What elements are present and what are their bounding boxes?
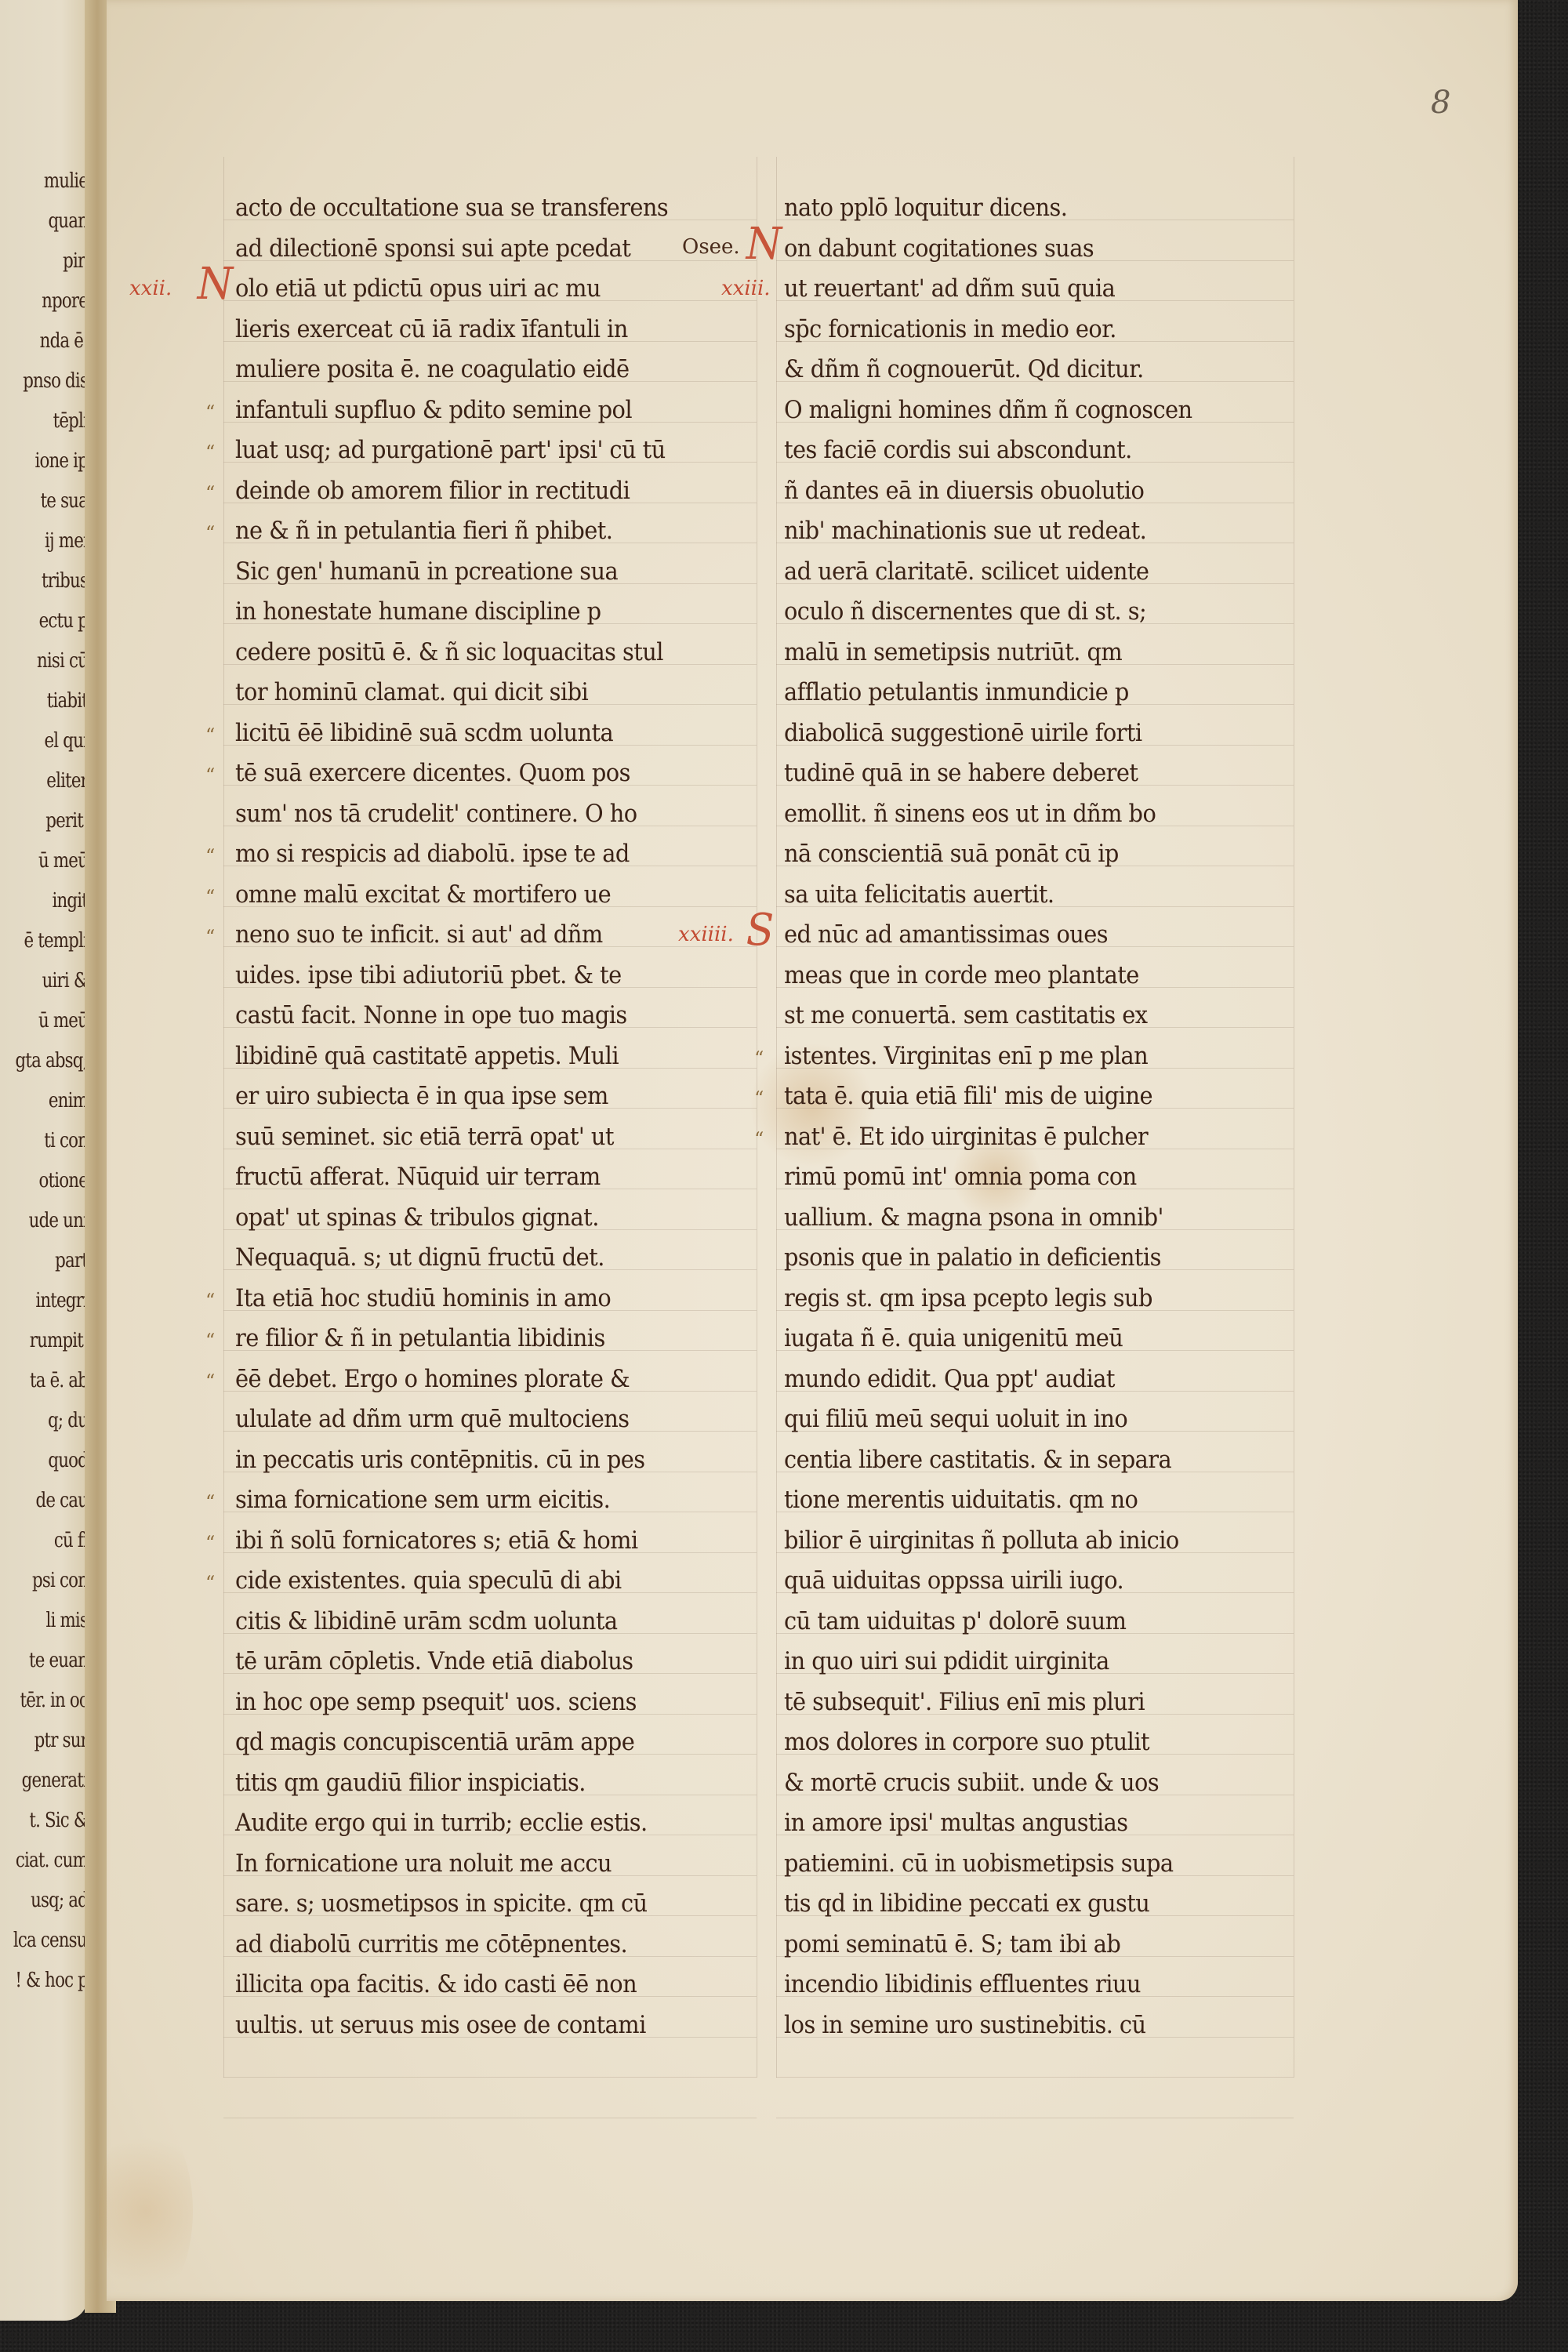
- folio-number: 8: [1431, 85, 1450, 121]
- source-annotation: Osee.: [682, 235, 740, 259]
- text-line: afflatio petulantis inmundicie p: [784, 673, 1258, 713]
- verso-text-fragment: te euan: [13, 1650, 88, 1671]
- line-text: neno suo te inficit. si aut' ad dñm: [235, 920, 603, 949]
- line-text: ululate ad dñm urm quē multociens: [235, 1405, 629, 1433]
- marginal-quote-mark: “: [205, 401, 215, 423]
- line-text: citis & libidinē urām scdm uolunta: [235, 1607, 618, 1635]
- text-line: Nolo etiā ut pdictū opus uiri ac mu: [235, 269, 710, 310]
- text-line: nā conscientiā suā ponāt cū ip: [784, 834, 1258, 875]
- verso-text-fragment: ingit: [13, 891, 88, 911]
- line-text: mundo edidit. Qua ppt' audiat: [784, 1365, 1115, 1393]
- marginal-quote-mark: “: [754, 1128, 764, 1150]
- text-line: cide existentes. quia speculū di abi: [235, 1561, 710, 1602]
- line-text: malū in semetipsis nutriūt. qm: [784, 638, 1122, 666]
- verso-text-fragment: ciat. cum: [13, 1850, 88, 1871]
- line-text: patiemini. cū in uobismetipsis supa: [784, 1849, 1174, 1878]
- line-text: nat' ē. Et ido uirginitas ē pulcher: [784, 1123, 1148, 1151]
- text-line: quā uiduitas oppssa uirili iugo.: [784, 1561, 1258, 1602]
- marginal-quote-mark: “: [205, 926, 215, 948]
- text-line: & mortē crucis subiit. unde & uos: [784, 1763, 1258, 1804]
- line-text: fructū afferat. Nūquid uir terram: [235, 1163, 601, 1191]
- line-text: opat' ut spinas & tribulos gignat.: [235, 1203, 599, 1232]
- text-line: ululate ad dñm urm quē multociens: [235, 1399, 710, 1440]
- text-line: regis st. qm ipsa pcepto legis sub: [784, 1279, 1258, 1319]
- line-text: iugata ñ ē. quia unigenitū meū: [784, 1324, 1123, 1352]
- text-line: opat' ut spinas & tribulos gignat.: [235, 1198, 710, 1239]
- line-text: in hoc ope semp psequit' uos. sciens: [235, 1688, 637, 1716]
- text-line: In fornicatione ura noluit me accu: [235, 1844, 710, 1885]
- text-line: tē subsequit'. Filius enī mis pluri: [784, 1682, 1258, 1723]
- text-line: nat' ē. Et ido uirginitas ē pulcher: [784, 1117, 1258, 1158]
- text-line: pomi seminatū ē. S; tam ibi ab: [784, 1925, 1258, 1965]
- text-line: in hoc ope semp psequit' uos. sciens: [235, 1682, 710, 1723]
- marginal-quote-mark: “: [205, 1532, 215, 1554]
- verso-text-fragment: eliter: [13, 771, 88, 791]
- line-text: mo si respicis ad diabolū. ipse te ad: [235, 840, 630, 868]
- verso-text-fragment: quan: [13, 211, 88, 231]
- text-line: sa uita felicitatis auertit.: [784, 875, 1258, 916]
- text-line: rimū pomū int' omnia poma con: [784, 1157, 1258, 1198]
- text-line: incendio libidinis effluentes riuu: [784, 1965, 1258, 2005]
- line-text: suū seminet. sic etiā terrā opat' ut: [235, 1123, 614, 1151]
- text-line: nib' machinationis sue ut redeat.: [784, 511, 1258, 552]
- ruling-line: [776, 2077, 1294, 2078]
- verso-text-fragment: uiri &: [13, 971, 88, 991]
- margin-rule: [223, 157, 224, 2078]
- ruling-line: [223, 2118, 757, 2118]
- verso-text-fragment: tribus: [13, 571, 88, 591]
- line-text: centia libere castitatis. & in separa: [784, 1446, 1171, 1474]
- verso-text-fragment: otione: [13, 1171, 88, 1191]
- verso-text-fragment: ta ē. ab: [13, 1370, 88, 1391]
- marginal-quote-mark: “: [205, 1290, 215, 1312]
- line-text: & dñm ñ cognouerūt. Qd dicitur.: [784, 355, 1144, 383]
- verso-page-fragment: muliequanpir.nporenda ē.pnso distēpliion…: [0, 0, 88, 2321]
- text-line: sum' nos tā crudelit' continere. O ho: [235, 794, 710, 835]
- text-line: st me conuertā. sem castitatis ex: [784, 996, 1258, 1036]
- line-text: ut reuertant' ad dñm suū quia: [784, 274, 1115, 303]
- line-text: re filior & ñ in petulantia libidinis: [235, 1324, 605, 1352]
- text-line: tes faciē cordis sui abscondunt.: [784, 430, 1258, 471]
- line-text: sima fornicatione sem urm eicitis.: [235, 1486, 610, 1514]
- text-line: acto de occultatione sua se transferens: [235, 188, 710, 229]
- text-line: citis & libidinē urām scdm uolunta: [235, 1602, 710, 1642]
- line-text: qd magis concupiscentiā urām appe: [235, 1728, 634, 1756]
- line-text: cū tam uiduitas p' dolorē suum: [784, 1607, 1126, 1635]
- line-text: acto de occultatione sua se transferens: [235, 194, 668, 222]
- verso-text-fragment: ptr sur: [13, 1730, 88, 1751]
- verso-text-fragment: tiabit: [13, 691, 88, 711]
- text-line: ad dilectionē sponsi sui apte pcedat: [235, 229, 710, 270]
- text-line: malū in semetipsis nutriūt. qm: [784, 633, 1258, 673]
- verso-text-fragment: q; du: [13, 1410, 88, 1431]
- verso-text-fragment: te sua: [13, 491, 88, 511]
- verso-text-fragment: generati: [13, 1770, 88, 1791]
- line-text: omne malū excitat & mortifero ue: [235, 880, 611, 909]
- line-text: ñ dantes eā in diuersis obuolutio: [784, 477, 1144, 505]
- text-line: muliere posita ē. ne coagulatio eidē: [235, 350, 710, 390]
- text-line: ibi ñ solū fornicatores s; etiā & homi: [235, 1521, 710, 1562]
- text-line: cū tam uiduitas p' dolorē suum: [784, 1602, 1258, 1642]
- marginal-quote-mark: “: [205, 1370, 215, 1392]
- text-line: sp̄c fornicationis in medio eor.: [784, 310, 1258, 350]
- text-line: patiemini. cū in uobismetipsis supa: [784, 1844, 1258, 1885]
- line-text: qui filiū meū sequi uoluit in ino: [784, 1405, 1127, 1433]
- rubricated-initial: N: [746, 224, 782, 265]
- line-text: deinde ob amorem filior in rectitudi: [235, 477, 630, 505]
- line-text: uallium. & magna psona in omnib': [784, 1203, 1163, 1232]
- text-line: qd magis concupiscentiā urām appe: [235, 1722, 710, 1763]
- line-text: st me conuertā. sem castitatis ex: [784, 1001, 1147, 1029]
- line-text: tē suā exercere dicentes. Quom pos: [235, 759, 630, 787]
- text-line: Nequaquā. s; ut dignū fructū det.: [235, 1238, 710, 1279]
- chapter-number: xxiiii.: [678, 923, 734, 946]
- text-line: mos dolores in corpore suo ptulit: [784, 1722, 1258, 1763]
- line-text: Audite ergo qui in turrib; ecclie estis.: [235, 1809, 648, 1837]
- line-text: sa uita felicitatis auertit.: [784, 880, 1054, 909]
- text-line: mundo edidit. Qua ppt' audiat: [784, 1359, 1258, 1400]
- verso-text-fragment: enim: [13, 1091, 88, 1111]
- line-text: olo etiā ut pdictū opus uiri ac mu: [235, 274, 601, 303]
- text-line: mo si respicis ad diabolū. ipse te ad: [235, 834, 710, 875]
- line-text: Ita etiā hoc studiū hominis in amo: [235, 1284, 611, 1312]
- verso-text-fragment: t. Sic &: [13, 1810, 88, 1831]
- verso-text-fragment: gta absq;: [13, 1051, 88, 1071]
- line-text: sum' nos tā crudelit' continere. O ho: [235, 800, 637, 828]
- verso-text-fragment: ū meū: [13, 1011, 88, 1031]
- line-text: illicita opa facitis. & ido casti ēē non: [235, 1970, 637, 1998]
- line-text: oculo ñ discernentes que di st. s;: [784, 597, 1146, 626]
- line-text: titis qm gaudiū filior inspiciatis.: [235, 1769, 586, 1797]
- verso-text-fragment: el qui: [13, 731, 88, 751]
- verso-text-fragment: perit.: [13, 811, 88, 831]
- line-text: tor hominū clamat. qui dicit sibi: [235, 678, 588, 706]
- text-line: tione merentis uiduitatis. qm no: [784, 1480, 1258, 1521]
- text-line: lieris exerceat cū iā radix īfantuli in: [235, 310, 710, 350]
- line-text: infantuli supfluo & pdito semine pol: [235, 396, 632, 424]
- text-line: tor hominū clamat. qui dicit sibi: [235, 673, 710, 713]
- text-line: uultis. ut seruus mis osee de contami: [235, 2005, 710, 2046]
- line-text: nato pplō loquitur dicens.: [784, 194, 1067, 222]
- line-text: meas que in corde meo plantate: [784, 961, 1139, 989]
- verso-text-fragment: pnso dis: [13, 371, 88, 391]
- text-line: er uiro subiecta ē in qua ipse sem: [235, 1076, 710, 1117]
- text-line: sima fornicatione sem urm eicitis.: [235, 1480, 710, 1521]
- line-text: regis st. qm ipsa pcepto legis sub: [784, 1284, 1152, 1312]
- line-text: ad uerā claritatē. scilicet uidente: [784, 557, 1149, 586]
- verso-text-fragment: ! & hoc p: [13, 1970, 88, 1991]
- margin-rule: [776, 157, 777, 2078]
- text-line: in honestate humane discipline p: [235, 592, 710, 633]
- line-text: tata ē. quia etiā fili' mis de uigine: [784, 1082, 1152, 1110]
- verso-text-fragment: ione ip: [13, 451, 88, 471]
- verso-text-fragment: tēr. in oc: [13, 1690, 88, 1711]
- line-text: ēē debet. Ergo o homines plorate &: [235, 1365, 630, 1393]
- chapter-number: xxiii.: [721, 277, 771, 300]
- text-line: istentes. Virginitas enī p me plan: [784, 1036, 1258, 1077]
- verso-text-fragment: usq; ad: [13, 1890, 88, 1911]
- verso-text-fragment: ū meū: [13, 851, 88, 871]
- text-line: sare. s; uosmetipsos in spicite. qm cū: [235, 1884, 710, 1925]
- text-line: licitū ēē libidinē suā scdm uolunta: [235, 713, 710, 754]
- rubricated-initial: N: [198, 264, 233, 305]
- line-text: rimū pomū int' omnia poma con: [784, 1163, 1137, 1191]
- line-text: psonis que in palatio in deficientis: [784, 1243, 1161, 1272]
- margin-rule: [1294, 157, 1294, 2078]
- line-text: uides. ipse tibi adiutoriū pbet. & te: [235, 961, 622, 989]
- line-text: quā uiduitas oppssa uirili iugo.: [784, 1566, 1123, 1595]
- marginal-quote-mark: “: [205, 441, 215, 463]
- line-text: ad dilectionē sponsi sui apte pcedat: [235, 234, 630, 263]
- text-line: bilior ē uirginitas ñ polluta ab inicio: [784, 1521, 1258, 1562]
- line-text: In fornicatione ura noluit me accu: [235, 1849, 612, 1878]
- text-line: in peccatis uris contēpnitis. cū in pes: [235, 1440, 710, 1481]
- text-line: Non dabunt cogitationes suas: [784, 229, 1258, 270]
- line-text: castū facit. Nonne in ope tuo magis: [235, 1001, 627, 1029]
- line-text: on dabunt cogitationes suas: [784, 234, 1094, 263]
- text-line: oculo ñ discernentes que di st. s;: [784, 592, 1258, 633]
- line-text: sp̄c fornicationis in medio eor.: [784, 315, 1116, 343]
- verso-text-fragment: cū fi: [13, 1530, 88, 1551]
- line-text: tē urām cōpletis. Vnde etiā diabolus: [235, 1647, 633, 1675]
- text-line: ēē debet. Ergo o homines plorate &: [235, 1359, 710, 1400]
- margin-rule: [757, 157, 757, 2078]
- verso-text-fragment: rumpit.: [13, 1330, 88, 1351]
- text-line: meas que in corde meo plantate: [784, 956, 1258, 996]
- line-text: tis qd in libidine peccati ex gustu: [784, 1889, 1149, 1918]
- text-line: tata ē. quia etiā fili' mis de uigine: [784, 1076, 1258, 1117]
- text-line: cedere positū ē. & ñ sic loquacitas stul: [235, 633, 710, 673]
- line-text: pomi seminatū ē. S; tam ibi ab: [784, 1930, 1120, 1958]
- line-text: cide existentes. quia speculū di abi: [235, 1566, 622, 1595]
- line-text: er uiro subiecta ē in qua ipse sem: [235, 1082, 608, 1110]
- verso-text-fragment: ectu p: [13, 611, 88, 631]
- verso-text-fragment: npore: [13, 291, 88, 311]
- text-line: O maligni homines dñm ñ cognoscen: [784, 390, 1258, 431]
- line-text: nib' machinationis sue ut redeat.: [784, 517, 1146, 545]
- verso-text-fragment: lca censura: [13, 1930, 88, 1951]
- verso-text-fragment: nda ē.: [13, 331, 88, 351]
- marginal-quote-mark: “: [754, 1087, 764, 1109]
- line-text: licitū ēē libidinē suā scdm uolunta: [235, 719, 613, 747]
- text-line: uallium. & magna psona in omnib': [784, 1198, 1258, 1239]
- line-text: in peccatis uris contēpnitis. cū in pes: [235, 1446, 645, 1474]
- line-text: uultis. ut seruus mis osee de contami: [235, 2011, 646, 2039]
- ruling-line: [223, 2077, 757, 2078]
- text-line: ñ dantes eā in diuersis obuolutio: [784, 471, 1258, 512]
- verso-text-fragment: integri: [13, 1290, 88, 1311]
- line-text: tē subsequit'. Filius enī mis pluri: [784, 1688, 1145, 1716]
- line-text: cedere positū ē. & ñ sic loquacitas stul: [235, 638, 663, 666]
- line-text: nā conscientiā suā ponāt cū ip: [784, 840, 1119, 868]
- text-line: & dñm ñ cognouerūt. Qd dicitur.: [784, 350, 1258, 390]
- line-text: afflatio petulantis inmundicie p: [784, 678, 1129, 706]
- text-line: deinde ob amorem filior in rectitudi: [235, 471, 710, 512]
- line-text: muliere posita ē. ne coagulatio eidē: [235, 355, 630, 383]
- verso-text-fragment: mulie: [13, 171, 88, 191]
- chapter-number: xxii.: [129, 277, 172, 300]
- line-text: tione merentis uiduitatis. qm no: [784, 1486, 1138, 1514]
- left-text-column: acto de occultatione sua se transferensa…: [235, 188, 745, 2045]
- marginal-quote-mark: “: [205, 724, 215, 746]
- line-text: mos dolores in corpore suo ptulit: [784, 1728, 1149, 1756]
- verso-text-fragment: ude uni: [13, 1210, 88, 1231]
- text-line: illicita opa facitis. & ido casti ēē non: [235, 1965, 710, 2005]
- text-line: Sed nūc ad amantissimas oues: [784, 915, 1258, 956]
- text-line: in quo uiri sui pdidit uirginita: [784, 1642, 1258, 1682]
- text-line: infantuli supfluo & pdito semine pol: [235, 390, 710, 431]
- text-line: qui filiū meū sequi uoluit in ino: [784, 1399, 1258, 1440]
- text-line: uides. ipse tibi adiutoriū pbet. & te: [235, 956, 710, 996]
- rubricated-initial: S: [746, 910, 774, 951]
- verso-text-fragment: ti con: [13, 1131, 88, 1151]
- verso-text-fragment: quod: [13, 1450, 88, 1471]
- line-text: Sic gen' humanū in pcreatione sua: [235, 557, 618, 586]
- text-line: Ita etiā hoc studiū hominis in amo: [235, 1279, 710, 1319]
- line-text: tudinē quā in se habere deberet: [784, 759, 1138, 787]
- text-line: omne malū excitat & mortifero ue: [235, 875, 710, 916]
- text-line: ut reuertant' ad dñm suū quia: [784, 269, 1258, 310]
- line-text: sare. s; uosmetipsos in spicite. qm cū: [235, 1889, 648, 1918]
- line-text: los in semine uro sustinebitis. cū: [784, 2011, 1146, 2039]
- text-line: Sic gen' humanū in pcreatione sua: [235, 552, 710, 593]
- verso-text-fragment: ē templi: [13, 931, 88, 951]
- line-text: libidinē quā castitatē appetis. Muli: [235, 1042, 619, 1070]
- line-text: diabolicā suggestionē uirile forti: [784, 719, 1142, 747]
- marginal-quote-mark: “: [205, 845, 215, 867]
- line-text: O maligni homines dñm ñ cognoscen: [784, 396, 1192, 424]
- verso-text-fragment: tēpli: [13, 411, 88, 431]
- verso-text-fragment: li mis: [13, 1610, 88, 1631]
- text-line: iugata ñ ē. quia unigenitū meū: [784, 1319, 1258, 1359]
- text-line: centia libere castitatis. & in separa: [784, 1440, 1258, 1481]
- verso-text-fragment: ij mei: [13, 531, 88, 551]
- text-line: re filior & ñ in petulantia libidinis: [235, 1319, 710, 1359]
- line-text: ed nūc ad amantissimas oues: [784, 920, 1108, 949]
- verso-text-fragment: pir.: [13, 251, 88, 271]
- text-line: nato pplō loquitur dicens.: [784, 188, 1258, 229]
- text-line: suū seminet. sic etiā terrā opat' ut: [235, 1117, 710, 1158]
- text-line: titis qm gaudiū filior inspiciatis.: [235, 1763, 710, 1804]
- marginal-quote-mark: “: [205, 886, 215, 908]
- line-text: & mortē crucis subiit. unde & uos: [784, 1769, 1159, 1797]
- marginal-quote-mark: “: [205, 1330, 215, 1352]
- verso-text-fragment: de cau: [13, 1490, 88, 1511]
- line-text: ne & ñ in petulantia fieri ñ phibet.: [235, 517, 612, 545]
- line-text: istentes. Virginitas enī p me plan: [784, 1042, 1148, 1070]
- line-text: Nequaquā. s; ut dignū fructū det.: [235, 1243, 604, 1272]
- line-text: ibi ñ solū fornicatores s; etiā & homi: [235, 1526, 638, 1555]
- marginal-quote-mark: “: [205, 522, 215, 544]
- text-line: tē urām cōpletis. Vnde etiā diabolus: [235, 1642, 710, 1682]
- marginal-quote-mark: “: [205, 764, 215, 786]
- text-line: ad uerā claritatē. scilicet uidente: [784, 552, 1258, 593]
- text-line: ne & ñ in petulantia fieri ñ phibet.: [235, 511, 710, 552]
- line-text: incendio libidinis effluentes riuu: [784, 1970, 1141, 1998]
- line-text: ad diabolū curritis me cōtēpnentes.: [235, 1930, 627, 1958]
- line-text: in honestate humane discipline p: [235, 597, 601, 626]
- line-text: luat usq; ad purgationē part' ipsi' cū t…: [235, 436, 666, 464]
- marginal-quote-mark: “: [205, 1572, 215, 1594]
- marginal-quote-mark: “: [205, 1491, 215, 1513]
- text-line: Audite ergo qui in turrib; ecclie estis.: [235, 1803, 710, 1844]
- text-line: diabolicā suggestionē uirile forti: [784, 713, 1258, 754]
- text-line: psonis que in palatio in deficientis: [784, 1238, 1258, 1279]
- verso-text-fragment: psi con: [13, 1570, 88, 1591]
- right-text-column: nato pplō loquitur dicens.Non dabunt cog…: [784, 188, 1294, 2045]
- line-text: lieris exerceat cū iā radix īfantuli in: [235, 315, 628, 343]
- text-line: emollit. ñ sinens eos ut in dñm bo: [784, 794, 1258, 835]
- line-text: in amore ipsi' multas angustias: [784, 1809, 1128, 1837]
- line-text: bilior ē uirginitas ñ polluta ab inicio: [784, 1526, 1179, 1555]
- text-line: los in semine uro sustinebitis. cū: [784, 2005, 1258, 2046]
- line-text: in quo uiri sui pdidit uirginita: [784, 1647, 1109, 1675]
- verso-text-fragment: nisi cū: [13, 651, 88, 671]
- marginal-quote-mark: “: [754, 1047, 764, 1069]
- text-line: tē suā exercere dicentes. Quom pos: [235, 753, 710, 794]
- text-line: libidinē quā castitatē appetis. Muli: [235, 1036, 710, 1077]
- verso-text-fragment: part: [13, 1250, 88, 1271]
- text-line: ad diabolū curritis me cōtēpnentes.: [235, 1925, 710, 1965]
- text-line: tis qd in libidine peccati ex gustu: [784, 1884, 1258, 1925]
- text-line: castū facit. Nonne in ope tuo magis: [235, 996, 710, 1036]
- gutter-stain: [99, 2117, 193, 2305]
- ruling-line: [776, 2118, 1294, 2118]
- line-text: tes faciē cordis sui abscondunt.: [784, 436, 1132, 464]
- text-line: luat usq; ad purgationē part' ipsi' cū t…: [235, 430, 710, 471]
- text-line: fructū afferat. Nūquid uir terram: [235, 1157, 710, 1198]
- text-line: in amore ipsi' multas angustias: [784, 1803, 1258, 1844]
- text-line: neno suo te inficit. si aut' ad dñm: [235, 915, 710, 956]
- marginal-quote-mark: “: [205, 482, 215, 504]
- line-text: emollit. ñ sinens eos ut in dñm bo: [784, 800, 1156, 828]
- text-line: tudinē quā in se habere deberet: [784, 753, 1258, 794]
